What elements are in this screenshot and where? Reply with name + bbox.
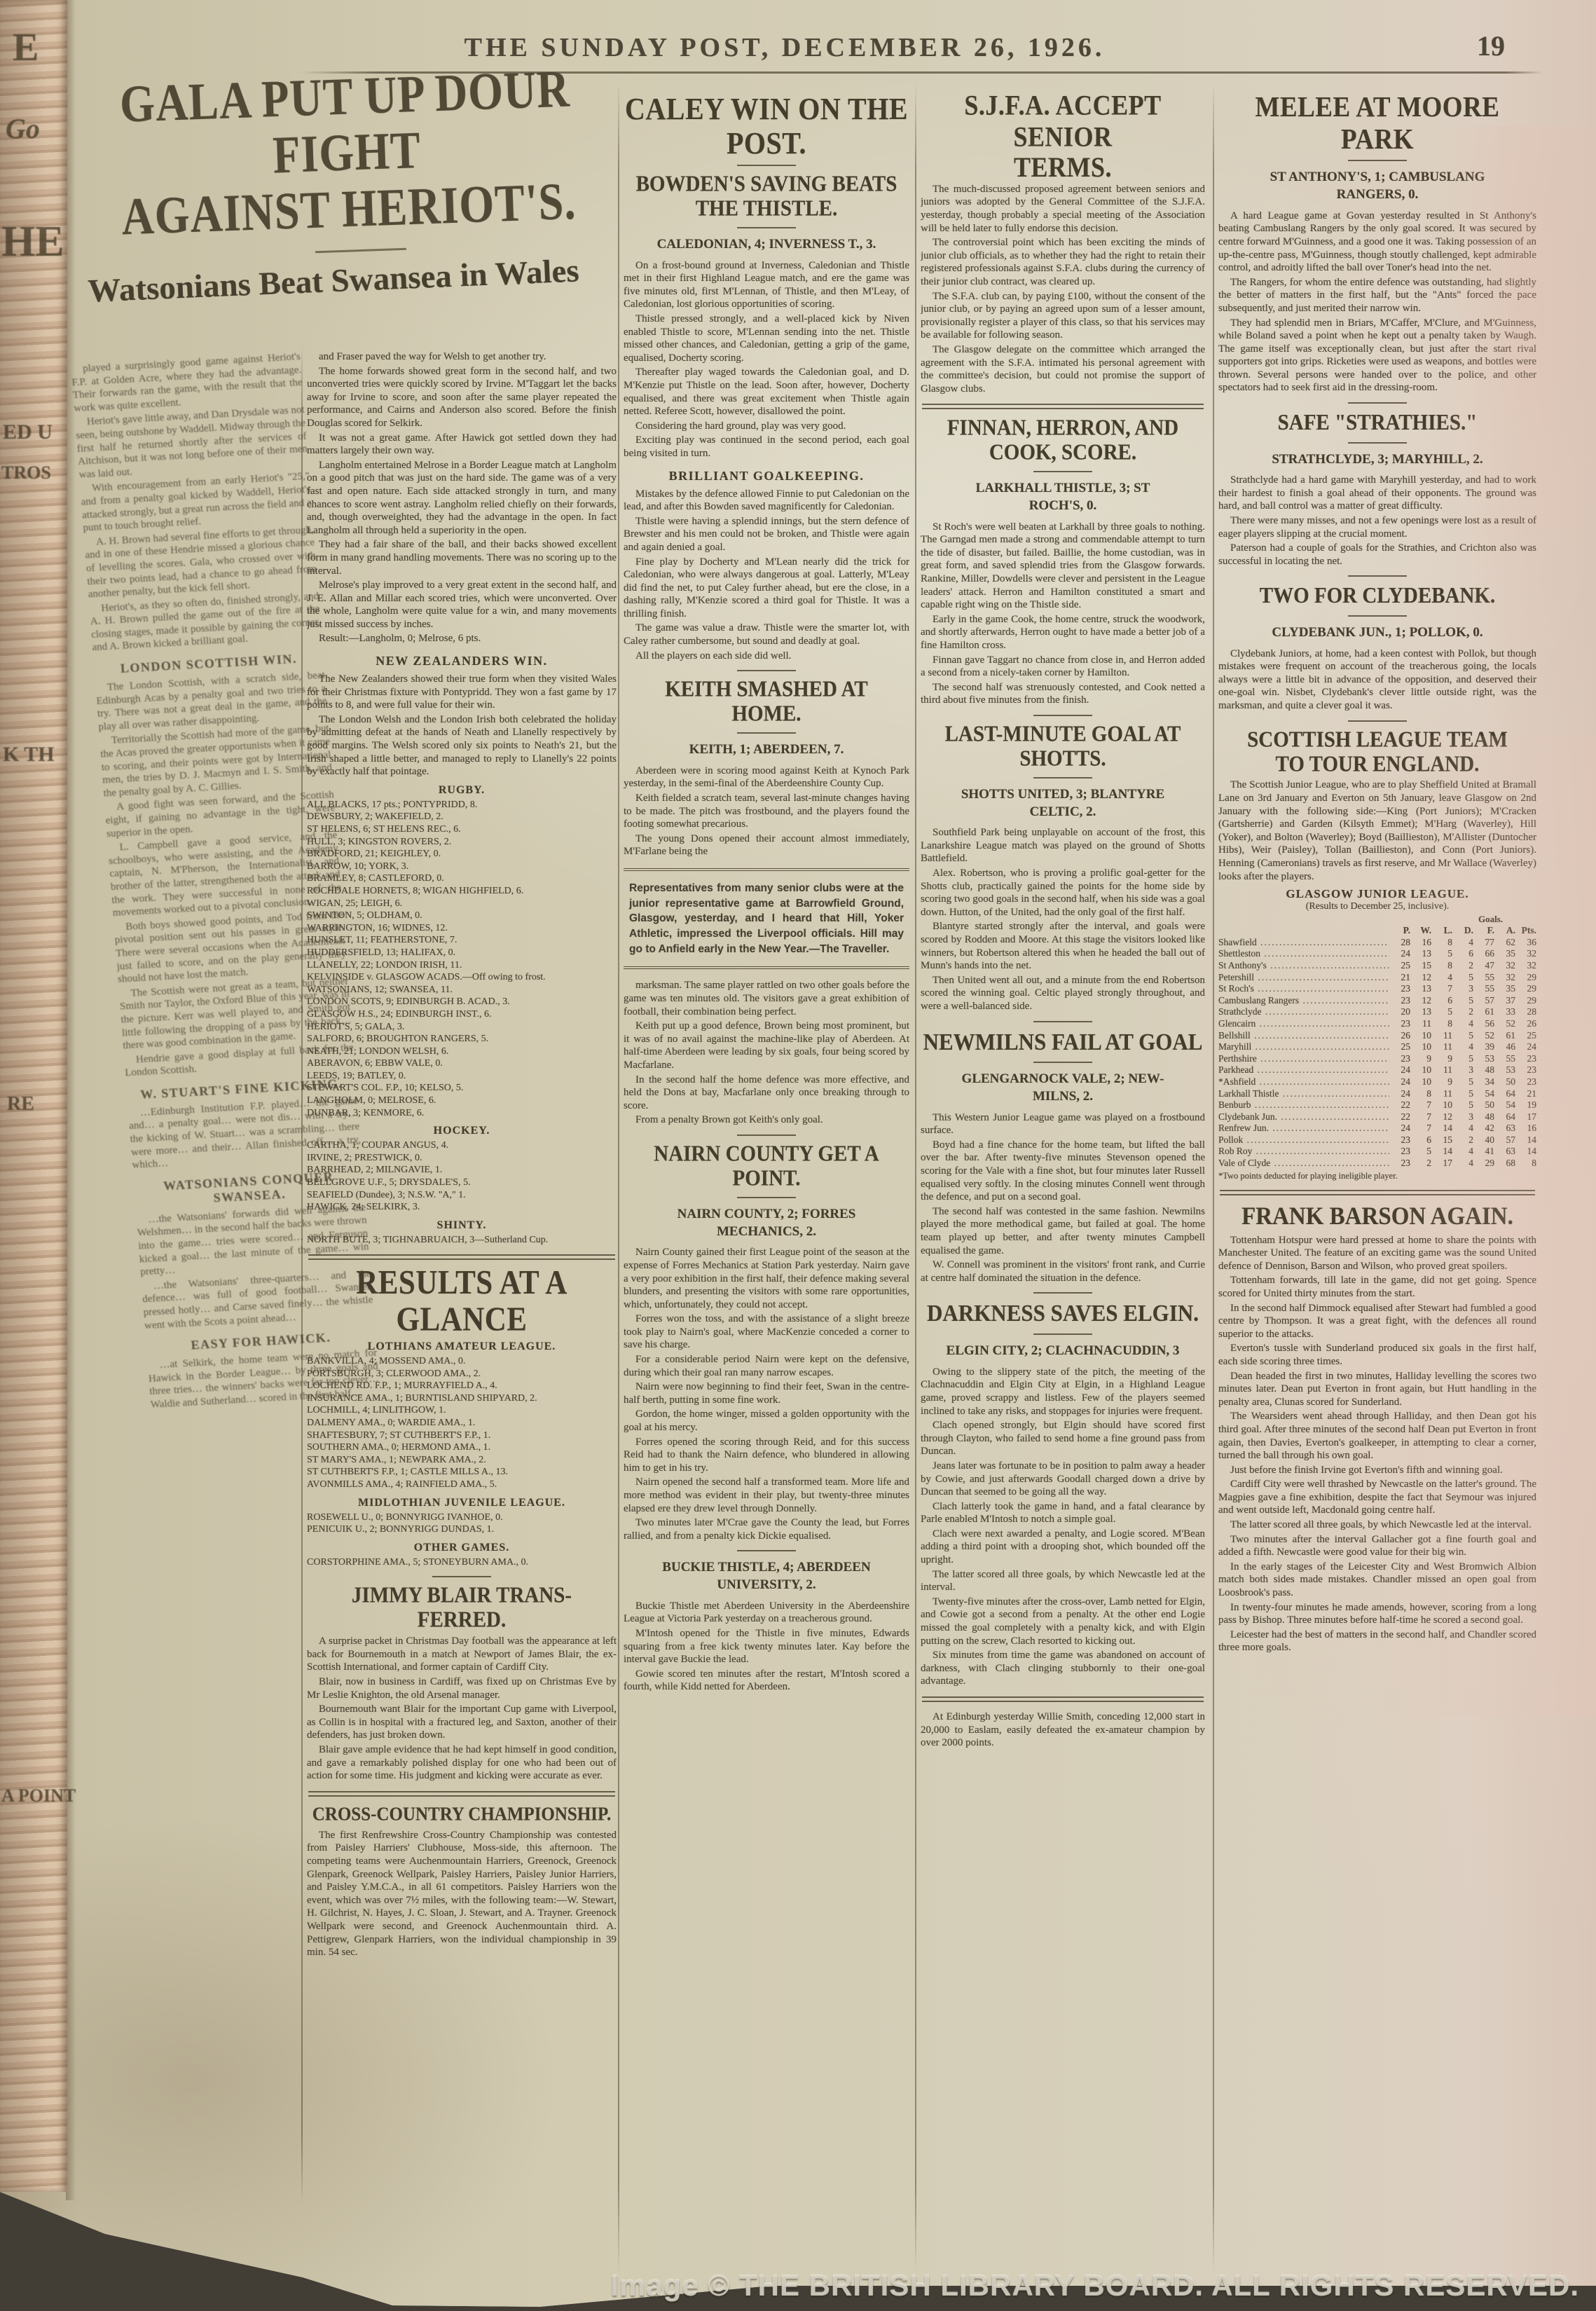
result-line: CORSTORPHINE AMA., 5; STONEYBURN AMA., 0…	[307, 1556, 617, 1569]
caley-article: On a frost-bound ground at Inverness, Ca…	[624, 259, 909, 460]
page-number: 19	[1477, 29, 1505, 62]
keith-article: Aberdeen were in scoring mood against Ke…	[624, 764, 909, 858]
result-line: WARRINGTON, 16; WIDNES, 12.	[307, 922, 617, 935]
paragraph: Clach latterly took the game in hand, an…	[921, 1500, 1205, 1526]
result-line: SWINTON, 5; OLDHAM, 0.	[307, 910, 617, 922]
paper-stain	[1373, 736, 1596, 1717]
team-name: Rob Roy	[1218, 1146, 1389, 1158]
paragraph: St Roch's were well beaten at Larkhall b…	[921, 521, 1205, 612]
paragraph: Heriot's gave little away, and Dan Drysd…	[74, 404, 309, 481]
team-name: Parkhead	[1218, 1064, 1389, 1076]
paragraph: The home forwards showed great form in t…	[307, 365, 617, 430]
paragraph: and Fraser paved the way for Welsh to ge…	[307, 350, 617, 364]
paragraph: On a frost-bound ground at Inverness, Ca…	[624, 259, 909, 311]
masthead-title: THE SUNDAY POST, DECEMBER 26, 1926.	[294, 32, 1275, 63]
team-name: St Anthony's	[1218, 960, 1389, 972]
result-line: LLANELLY, 22; LONDON IRISH, 11.	[307, 959, 617, 972]
shotts-score-line: SHOTTS UNITED, 3; BLANTYRE CELTIC, 2.	[923, 786, 1202, 821]
paragraph: M'Intosh opened for the Thistle in five …	[624, 1627, 909, 1666]
paragraph: Thereafter play waged towards the Caledo…	[624, 366, 909, 418]
headline-line: LAST-MINUTE GOAL AT	[945, 722, 1181, 746]
column-4: S.J.F.A. ACCEPT SENIOR TERMS. The much-d…	[921, 91, 1205, 2269]
hockey-results-heading: HOCKEY.	[307, 1125, 617, 1137]
paragraph: Blantyre started strongly after the inte…	[921, 920, 1205, 972]
rule	[1348, 575, 1407, 577]
edge-fragment: E	[13, 25, 39, 70]
result-line: NEATH, 21; LONDON WELSH, 6.	[307, 1045, 617, 1058]
score-line: BUCKIE THISTLE, 4; ABERDEEN	[662, 1560, 870, 1575]
result-line: BARRHEAD, 2; MILNGAVIE, 1.	[307, 1164, 617, 1177]
midlothian-results-list: ROSEWELL U., 0; BONNYRIGG IVANHOE, 0.PEN…	[307, 1511, 617, 1536]
paragraph: A. H. Brown had several fine efforts to …	[83, 523, 318, 601]
paragraph: Keith fielded a scratch team, several la…	[624, 792, 909, 831]
paragraph: All the players on each side did well.	[624, 650, 909, 663]
paragraph: Nairn County gained their first League p…	[624, 1246, 909, 1311]
paragraph: The New Zealanders showed their true for…	[307, 673, 617, 712]
british-library-watermark: Image © THE BRITISH LIBRARY BOARD. ALL R…	[0, 2269, 1579, 2303]
lead-headline-line1: GALA PUT UP DOUR FIGHT	[119, 59, 571, 184]
billiards-note: At Edinburgh yesterday Willie Smith, con…	[921, 1710, 1205, 1750]
paragraph: Early in the game Cook, the home centre,…	[921, 613, 1205, 652]
team-name: Glencairn	[1218, 1018, 1389, 1030]
headline-line: COOK, SCORE.	[989, 441, 1136, 465]
sjfa-headline: S.J.F.A. ACCEPT SENIOR TERMS.	[921, 91, 1205, 184]
result-line: HULL, 3; KINGSTON ROVERS, 2.	[307, 836, 617, 849]
goalkeeping-crosshead: BRILLIANT GOALKEEPING.	[624, 469, 909, 484]
cross-country-article: The first Renfrewshire Cross-Country Cha…	[307, 1829, 617, 1959]
paragraph: Blair gave ample evidence that he had ke…	[307, 1743, 617, 1783]
finnan-headline: FINNAN, HERRON, AND COOK, SCORE.	[921, 416, 1205, 465]
paragraph: From a penalty Brown got Keith's only go…	[624, 1113, 909, 1127]
double-rule	[308, 1254, 615, 1260]
paragraph: In the second half the home defence was …	[624, 1074, 909, 1113]
rule	[1033, 1292, 1092, 1294]
rule	[1033, 1062, 1092, 1063]
newspaper-page: THE SUNDAY POST, DECEMBER 26, 1926. 19 G…	[0, 0, 1596, 2311]
edge-fragment: TROS	[1, 462, 51, 484]
paragraph: Buckie Thistle met Aberdeen University i…	[624, 1600, 909, 1626]
team-name: Maryhill	[1218, 1041, 1389, 1053]
paragraph: Exciting play was continued in the secon…	[624, 434, 909, 460]
edge-fragment: A POINT	[1, 1785, 76, 1806]
lothians-league-heading: LOTHIANS AMATEUR LEAGUE.	[307, 1340, 617, 1353]
edge-fragment: HE	[1, 217, 64, 267]
result-line: ALL BLACKS, 17 pts.; PONTYPRIDD, 8.	[307, 799, 617, 811]
paragraph: Clach were next awarded a penalty, and L…	[921, 1528, 1205, 1567]
result-line: CARTHA, 1; COUPAR ANGUS, 4.	[307, 1139, 617, 1152]
result-line: DUNBAR, 3; KENMORE, 6.	[307, 1107, 617, 1120]
paragraph: Twenty-five minutes after the cross-over…	[921, 1596, 1205, 1647]
column-rule	[915, 83, 916, 2272]
headline-line: HOME.	[731, 702, 801, 727]
result-line: HERIOT'S, 5; GALA, 3.	[307, 1021, 617, 1034]
paragraph: Thistle were having a splendid innings, …	[624, 515, 909, 554]
result-line: WATSONIANS, 12; SWANSEA, 11.	[307, 984, 617, 996]
result-line: SALFORD, 6; BROUGHTON RANGERS, 5.	[307, 1033, 617, 1045]
team-name: St Roch's	[1218, 983, 1389, 995]
result-line: BRAMLEY, 8; CASTLEFORD, 0.	[307, 872, 617, 885]
headline-line: KEITH SMASHED AT	[665, 677, 868, 701]
edge-fragment: K TH	[3, 743, 55, 767]
newspaper-scan: THE SUNDAY POST, DECEMBER 26, 1926. 19 G…	[0, 0, 1596, 2311]
result-line: ST MARY'S AMA., 1; NEWPARK AMA., 2.	[307, 1454, 617, 1467]
lead-headline-line2: AGAINST HERIOT'S.	[121, 171, 577, 245]
result-line: DEWSBURY, 2; WAKEFIELD, 2.	[307, 811, 617, 823]
paragraph: Nairn opened the second half a transform…	[624, 1476, 909, 1515]
rule	[737, 1550, 796, 1551]
rule	[737, 1197, 796, 1198]
result-line: ST CUTHBERT'S F.P., 1; CASTLE MILLS A., …	[307, 1466, 617, 1479]
rule	[1033, 1021, 1092, 1022]
score-line: MECHANICS, 2.	[717, 1224, 816, 1239]
result-line: LOCHEND RD. F.P., 1; MURRAYFIELD A., 4.	[307, 1380, 617, 1392]
result-line: SOUTHERN AMA., 0; HERMOND AMA., 1.	[307, 1441, 617, 1454]
hockey-results-list: CARTHA, 1; COUPAR ANGUS, 4.IRVINE, 2; PR…	[307, 1139, 617, 1214]
result-line: HAWICK, 24; SELKIRK, 3.	[307, 1201, 617, 1214]
paragraph: Southfield Park being unplayable on acco…	[921, 826, 1205, 865]
team-name: Bellshill	[1218, 1030, 1389, 1042]
paragraph: Keith put up a good defence, Brown being…	[624, 1020, 909, 1071]
paragraph: The latter scored all three goals, by wh…	[921, 1568, 1205, 1594]
score-line: GLENGARNOCK VALE, 2; NEW-	[962, 1071, 1164, 1086]
paragraph: The London Welsh and the London Irish bo…	[307, 713, 617, 779]
shotts-headline: LAST-MINUTE GOAL AT SHOTTS.	[921, 722, 1205, 772]
paragraph: The much-discussed proposed agreement be…	[921, 183, 1205, 235]
paragraph: This Western Junior League game was play…	[921, 1111, 1205, 1137]
caley-subheadline: BOWDEN'S SAVING BEATS THE THISTLE.	[624, 172, 909, 221]
keith-score-line: KEITH, 1; ABERDEEN, 7.	[626, 741, 907, 759]
keith-article-continued: marksman. The same player rattled on two…	[624, 979, 909, 1127]
shotts-article: Southfield Park being unplayable on acco…	[921, 826, 1205, 1013]
lothians-results-list: BANKVILLA, 4; MOSSEND AMA., 0.PORTSBURGH…	[307, 1355, 617, 1491]
paragraph: Territorially the Scottish had more of t…	[99, 722, 333, 800]
result-line: GLASGOW H.S., 24; EDINBURGH INST., 6.	[307, 1008, 617, 1021]
rule	[1348, 442, 1407, 444]
sjfa-article: The much-discussed proposed agreement be…	[921, 183, 1205, 396]
result-line: BANKVILLA, 4; MOSSEND AMA., 0.	[307, 1355, 617, 1368]
team-name: Clydebank Jun.	[1218, 1111, 1389, 1123]
column-rule	[618, 83, 619, 2272]
edge-fragment: Go	[6, 112, 40, 145]
double-rule	[308, 1791, 615, 1797]
paragraph: marksman. The same player rattled on two…	[624, 979, 909, 1018]
traveller-notice-box: Representatives from many senior clubs w…	[624, 868, 909, 969]
result-line: KELVINSIDE v. GLASGOW ACADS.—Off owing t…	[307, 971, 617, 984]
paragraph: Considering the hard ground, play was ve…	[624, 420, 909, 433]
headline-line: SHOTTS.	[1019, 746, 1106, 771]
headline-line: POINT.	[733, 1166, 801, 1191]
paragraph: Heriot's, as they so often do, finished …	[89, 590, 322, 654]
team-name: Strathclyde	[1218, 1006, 1389, 1018]
paragraph: Blair, now in business in Cardiff, was f…	[307, 1675, 617, 1701]
paragraph: A surprise packet in Christmas Day footb…	[307, 1635, 617, 1674]
rule	[1033, 777, 1092, 779]
headline-line: FERRED.	[418, 1608, 506, 1633]
team-name: Cambuslang Rangers	[1218, 995, 1389, 1007]
paragraph: The second half was strenuously conteste…	[921, 681, 1205, 707]
paragraph: They had a fair share of the ball, and t…	[307, 538, 617, 577]
headline-line: POST.	[727, 125, 806, 160]
result-line: ROSEWELL U., 0; BONNYRIGG IVANHOE, 0.	[307, 1511, 617, 1524]
column-rule	[1213, 83, 1214, 2272]
double-rule	[922, 404, 1204, 409]
score-line: UNIVERSITY, 2.	[717, 1577, 816, 1592]
headline-line: BOWDEN'S SAVING BEATS	[636, 172, 897, 196]
result-line: ST HELENS, 6; ST HELENS REC., 6.	[307, 823, 617, 836]
jimmy-blair-headline: JIMMY BLAIR TRANS- FERRED.	[307, 1583, 617, 1633]
rule	[737, 670, 796, 671]
paragraph: The Glasgow delegate on the committee wh…	[921, 343, 1205, 395]
rule	[1033, 1333, 1092, 1335]
edge-fragment: RE	[7, 1093, 34, 1116]
double-rule	[922, 1696, 1204, 1702]
rule	[1033, 471, 1092, 472]
new-zealanders-article: The New Zealanders showed their true for…	[307, 673, 617, 779]
caley-headline: CALEY WIN ON THE POST.	[624, 92, 909, 161]
paragraph: Clach opened strongly, but Elgin should …	[921, 1419, 1205, 1458]
other-games-list: CORSTORPHINE AMA., 5; STONEYBURN AMA., 0…	[307, 1556, 617, 1569]
paragraph: Mistakes by the defence allowed Finnie t…	[624, 488, 909, 514]
keith-headline: KEITH SMASHED AT HOME.	[624, 677, 909, 727]
buckie-article: Buckie Thistle met Aberdeen University i…	[624, 1600, 909, 1694]
result-line: SEAFIELD (Dundee), 3; N.S.W. "A," 1.	[307, 1189, 617, 1202]
headline-line: S.J.F.A. ACCEPT SENIOR	[964, 91, 1161, 152]
elgin-headline: DARKNESS SAVES ELGIN.	[921, 1301, 1205, 1327]
paragraph: It was not a great game. After Hawick go…	[307, 432, 617, 458]
new-zealanders-headline: NEW ZEALANDERS WIN.	[307, 654, 617, 668]
score-line: RANGERS, 0.	[1337, 187, 1419, 202]
rugby-results-heading: RUGBY.	[307, 784, 617, 797]
lead-rule	[315, 248, 406, 254]
column-3: CALEY WIN ON THE POST. BOWDEN'S SAVING B…	[624, 91, 909, 2269]
nairn-headline: NAIRN COUNTY GET A POINT.	[624, 1141, 909, 1191]
score-line: LARKHALL THISTLE, 3; ST	[976, 481, 1150, 495]
column-2: and Fraser paved the way for Welsh to ge…	[307, 350, 617, 2272]
result-line: SHAFTESBURY, 7; ST CUTHBERT'S F.P., 1.	[307, 1429, 617, 1442]
result-line: LANGHOLM, 0; MELROSE, 6.	[307, 1095, 617, 1107]
paragraph: Then United went all out, and a minute f…	[921, 974, 1205, 1013]
paragraph: Jeans later was fortunate to be in posit…	[921, 1460, 1205, 1499]
paragraph: The controversial point which has been e…	[921, 236, 1205, 288]
paragraph: Six minutes from time the game was aband…	[921, 1649, 1205, 1688]
paragraph: Boyd had a fine chance for the home team…	[921, 1139, 1205, 1204]
lead-headline: GALA PUT UP DOUR FIGHT AGAINST HERIOT'S.	[62, 59, 632, 247]
result-line: LOCHMILL, 4; LINLITHGOW, 1.	[307, 1404, 617, 1417]
team-name: Shawfield	[1218, 937, 1389, 949]
paragraph: Gordon, the home winger, missed a golden…	[624, 1408, 909, 1434]
result-line: BELLGROVE U.F., 5; DRYSDALE'S, 5.	[307, 1177, 617, 1189]
gala-report: played a surprisingly good game against …	[70, 350, 322, 654]
paragraph: Finnan gave Taggart no chance from close…	[921, 654, 1205, 680]
rule	[1348, 402, 1407, 404]
score-line: MILNS, 2.	[1033, 1089, 1093, 1104]
page-crease-shadow	[66, 0, 76, 2200]
result-line: LONDON SCOTS, 9; EDINBURGH B. ACAD., 3.	[307, 996, 617, 1008]
rule	[737, 1134, 796, 1136]
finnan-article: St Roch's were well beaten at Larkhall b…	[921, 521, 1205, 707]
result-line: INSURANCE AMA., 1; BURNTISLAND SHIPYARD,…	[307, 1392, 617, 1405]
headline-line: THE THISTLE.	[696, 196, 838, 221]
paragraph: For a considerable period Nairn were kep…	[624, 1353, 909, 1379]
shinty-results-heading: SHINTY.	[307, 1219, 617, 1232]
headline-line: NAIRN COUNTY GET A	[654, 1141, 879, 1166]
result-line: STEWART'S COL. F.P., 10; KELSO, 5.	[307, 1082, 617, 1095]
paragraph: Two minutes later M'Crae gave the County…	[624, 1516, 909, 1542]
newmilns-headline: NEWMILNS FAIL AT GOAL	[921, 1029, 1205, 1055]
paragraph: Thistle pressed strongly, and a well-pla…	[624, 313, 909, 364]
rule	[1033, 715, 1092, 716]
team-name: Petershill	[1218, 972, 1389, 984]
team-name: Shettleston	[1218, 948, 1389, 960]
paper-stain	[1429, 126, 1596, 757]
paragraph: Alex. Robertson, who is proving a prolif…	[921, 867, 1205, 919]
headline-line: JIMMY BLAIR TRANS-	[352, 1583, 572, 1607]
elgin-score-line: ELGIN CITY, 2; CLACHNACUDDIN, 3	[923, 1343, 1202, 1360]
team-name: Larkhall Thistle	[1218, 1088, 1389, 1100]
paragraph: The game was value a draw. Thistle were …	[624, 622, 909, 647]
caley-article-part2: Mistakes by the defence allowed Finnie t…	[624, 488, 909, 663]
result-line: HUNSLET, 11; FEATHERSTONE, 7.	[307, 934, 617, 947]
paragraph: The S.F.A. club can, by paying £100, wit…	[921, 290, 1205, 342]
result-line: BRADFORD, 21; KEIGHLEY, 0.	[307, 848, 617, 860]
team-name: Perthshire	[1218, 1053, 1389, 1065]
rule	[1348, 720, 1407, 722]
results-at-a-glance-headline: RESULTS AT A GLANCE	[307, 1265, 617, 1339]
rugby-results-list: ALL BLACKS, 17 pts.; PONTYPRIDD, 8.DEWSB…	[307, 799, 617, 1119]
caley-score-line: CALEDONIAN, 4; INVERNESS T., 3.	[626, 236, 907, 254]
finnan-score-line: LARKHALL THISTLE, 3; ST ROCH'S, 0.	[923, 480, 1202, 514]
result-line: NORTH BUTE, 3; TIGHNABRUAICH, 3—Sutherla…	[307, 1234, 617, 1247]
result-line: HUDDERSFIELD, 13; HALIFAX, 0.	[307, 947, 617, 959]
rule	[1348, 615, 1407, 617]
edge-fragment: ED U	[3, 420, 53, 444]
team-name: Renfrew Jun.	[1218, 1123, 1389, 1134]
team-name: *Ashfield	[1218, 1076, 1389, 1088]
result-line: PORTSBURGH, 3; CLERWOOD AMA., 2.	[307, 1368, 617, 1380]
shinty-results-list: NORTH BUTE, 3; TIGHNABRUAICH, 3—Sutherla…	[307, 1234, 617, 1247]
headline-line: CALEY WIN ON THE	[625, 91, 908, 126]
result-line: WIGAN, 25; LEIGH, 6.	[307, 898, 617, 910]
rule	[737, 227, 796, 228]
other-games-heading: OTHER GAMES.	[307, 1542, 617, 1554]
result-line: PENICUIK U., 2; BONNYRIGG DUNDAS, 1.	[307, 1523, 617, 1536]
rule	[737, 165, 796, 166]
rule	[432, 1576, 491, 1577]
rule	[737, 732, 796, 734]
paragraph: Forres won the toss, and with the assist…	[624, 1312, 909, 1352]
paragraph: Melrose's play improved to a very great …	[307, 579, 617, 631]
paragraph: Forres opened the scoring through Reid, …	[624, 1436, 909, 1475]
paragraph: Result:—Langholm, 0; Melrose, 6 pts.	[307, 632, 617, 645]
paragraph: Gowie scored ten minutes after the resta…	[624, 1668, 909, 1694]
team-name: Benburb	[1218, 1099, 1389, 1111]
result-line: DALMENY AMA., 0; WARDIE AMA., 1.	[307, 1417, 617, 1429]
paragraph: Bournemouth want Blair for the important…	[307, 1703, 617, 1742]
newmilns-article: This Western Junior League game was play…	[921, 1111, 1205, 1285]
paragraph: Fine play by Docherty and M'Lean nearly …	[624, 556, 909, 621]
watsonians-wales-article: and Fraser paved the way for Welsh to ge…	[307, 350, 617, 645]
paragraph: Langholm entertained Melrose in a Border…	[307, 459, 617, 537]
midlothian-league-heading: MIDLOTHIAN JUVENILE LEAGUE.	[307, 1497, 617, 1509]
rule	[1348, 160, 1407, 161]
nairn-article: Nairn County gained their first League p…	[624, 1246, 909, 1542]
result-line: LEEDS, 19; BATLEY, 0.	[307, 1070, 617, 1083]
paragraph: Owing to the slippery state of the pitch…	[921, 1366, 1205, 1418]
result-line: ABERAVON, 6; EBBW VALE, 0.	[307, 1057, 617, 1070]
paragraph: The first Renfrewshire Cross-Country Cha…	[307, 1829, 617, 1959]
cross-country-headline: CROSS-COUNTRY CHAMPIONSHIP.	[307, 1804, 617, 1825]
paragraph: W. Connell was prominent in the visitors…	[921, 1259, 1205, 1284]
lead-subhead: Watsonians Beat Swansea in Wales	[29, 249, 638, 313]
jimmy-blair-article: A surprise packet in Christmas Day footb…	[307, 1635, 617, 1783]
team-name: Vale of Clyde	[1218, 1158, 1389, 1170]
result-line: IRVINE, 2; PRESTWICK, 0.	[307, 1152, 617, 1165]
score-line: NAIRN COUNTY, 2; FORRES	[677, 1207, 856, 1221]
headline-line: FINNAN, HERRON, AND	[947, 416, 1178, 440]
buckie-score-heading: BUCKIE THISTLE, 4; ABERDEEN UNIVERSITY, …	[626, 1559, 907, 1593]
headline-line: TERMS.	[1014, 151, 1112, 183]
score-line: SHOTTS UNITED, 3; BLANTYRE	[961, 787, 1164, 802]
paragraph: Nairn were now beginning to find their f…	[624, 1380, 909, 1406]
nairn-score-line: NAIRN COUNTY, 2; FORRES MECHANICS, 2.	[626, 1206, 907, 1240]
paragraph: The young Dons opened their account almo…	[624, 832, 909, 858]
result-line: ROCHDALE HORNETS, 8; WIGAN HIGHFIELD, 6.	[307, 885, 617, 898]
result-line: BARROW, 10; YORK, 3.	[307, 860, 617, 873]
score-line: ROCH'S, 0.	[1029, 498, 1097, 513]
score-line: CELTIC, 2.	[1030, 804, 1096, 819]
paragraph: The second half was contested in the sam…	[921, 1205, 1205, 1257]
elgin-article: Owing to the slippery state of the pitch…	[921, 1366, 1205, 1688]
team-name: Pollok	[1218, 1134, 1389, 1146]
result-line: AVONMILLS AMA., 4; RAINFIELD AMA., 5.	[307, 1479, 617, 1491]
paragraph: Aberdeen were in scoring mood against Ke…	[624, 764, 909, 790]
newmilns-score-line: GLENGARNOCK VALE, 2; NEW- MILNS, 2.	[923, 1071, 1202, 1105]
